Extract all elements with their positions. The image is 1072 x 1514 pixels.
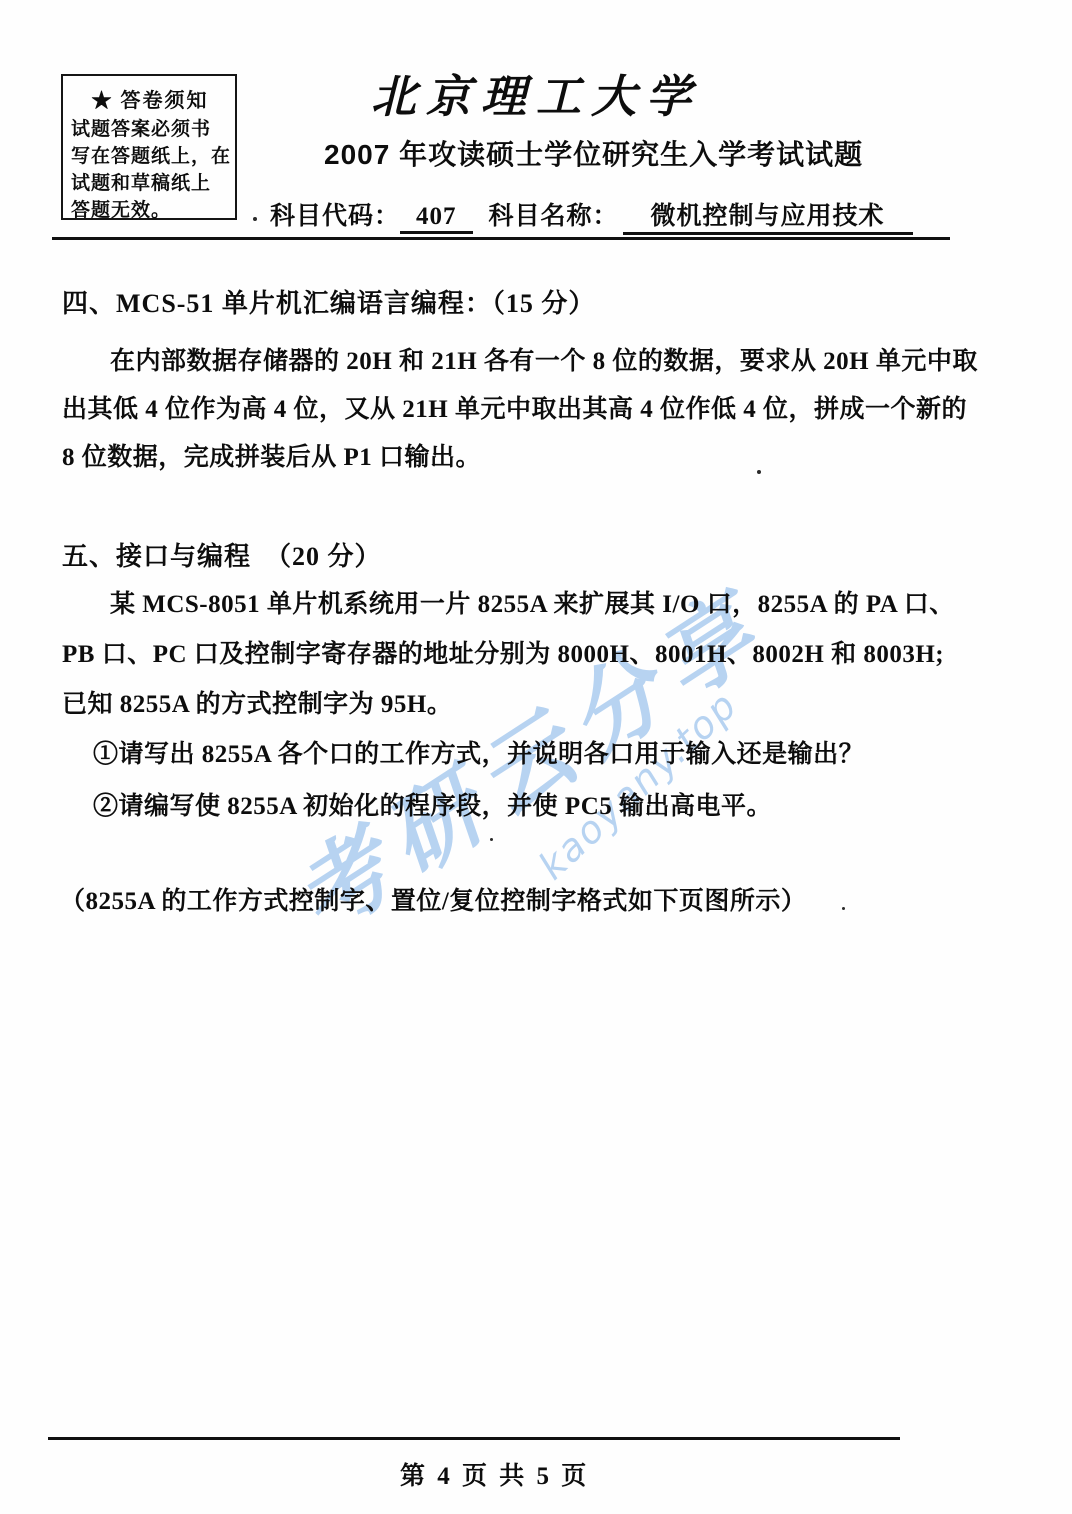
- question-4-line: 出其低 4 位作为高 4 位，又从 21H 单元中取出其高 4 位作低 4 位，…: [62, 389, 967, 425]
- question-5-heading: 五、接口与编程 （20 分）: [62, 536, 382, 573]
- page-number: 第 4 页 共 5 页: [400, 1456, 589, 1492]
- subject-name-value: 微机控制与应用技术: [623, 196, 913, 235]
- subject-code-value: 407: [400, 203, 473, 234]
- subject-code-label: 科目代码：: [270, 203, 400, 230]
- notice-line: 答题无效。: [71, 197, 229, 224]
- question-5-line: PB 口、PC 口及控制字寄存器的地址分别为 8000H、8001H、8002H…: [62, 634, 944, 670]
- question-5-line: 某 MCS-8051 单片机系统用一片 8255A 来扩展其 I/O 口，825…: [110, 584, 955, 620]
- question-5-line: 已知 8255A 的方式控制字为 95H。: [62, 684, 452, 720]
- header-divider: [52, 237, 950, 240]
- question-5-subitem-2: ②请编写使 8255A 初始化的程序段，并使 PC5 输出高电平。: [93, 786, 772, 822]
- scan-artifact-dot: [842, 907, 845, 910]
- notice-line: 试题和草稿纸上: [71, 170, 229, 197]
- question-5-subitem-1: ①请写出 8255A 各个口的工作方式，并说明各口用于输入还是输出？: [93, 734, 864, 770]
- exam-page: 考研云分享 kaoyany.top ★ 答卷须知 试题答案必须书 写在答题纸上，…: [0, 0, 1072, 1514]
- question-4-line: 8 位数据，完成拼装后从 P1 口输出。: [62, 437, 481, 473]
- subject-name-label: 科目名称：: [489, 203, 619, 230]
- scan-artifact-dot: [490, 838, 493, 841]
- question-4-line: 在内部数据存储器的 20H 和 21H 各有一个 8 位的数据，要求从 20H …: [110, 341, 978, 377]
- university-title: 北京理工大学: [0, 60, 1072, 125]
- subject-row: 科目代码：407科目名称：微机控制与应用技术: [270, 196, 913, 235]
- exam-title: 2007 年攻读硕士学位研究生入学考试试题: [324, 133, 863, 173]
- scan-artifact-dot: [253, 217, 257, 221]
- question-5-note: （8255A 的工作方式控制字、置位/复位控制字格式如下页图所示）: [60, 881, 806, 917]
- footer-divider: [48, 1437, 900, 1440]
- question-4-heading: 四、MCS-51 单片机汇编语言编程：（15 分）: [62, 283, 595, 320]
- notice-line: 写在答题纸上，在: [71, 143, 229, 170]
- scan-artifact-dot: [757, 470, 761, 474]
